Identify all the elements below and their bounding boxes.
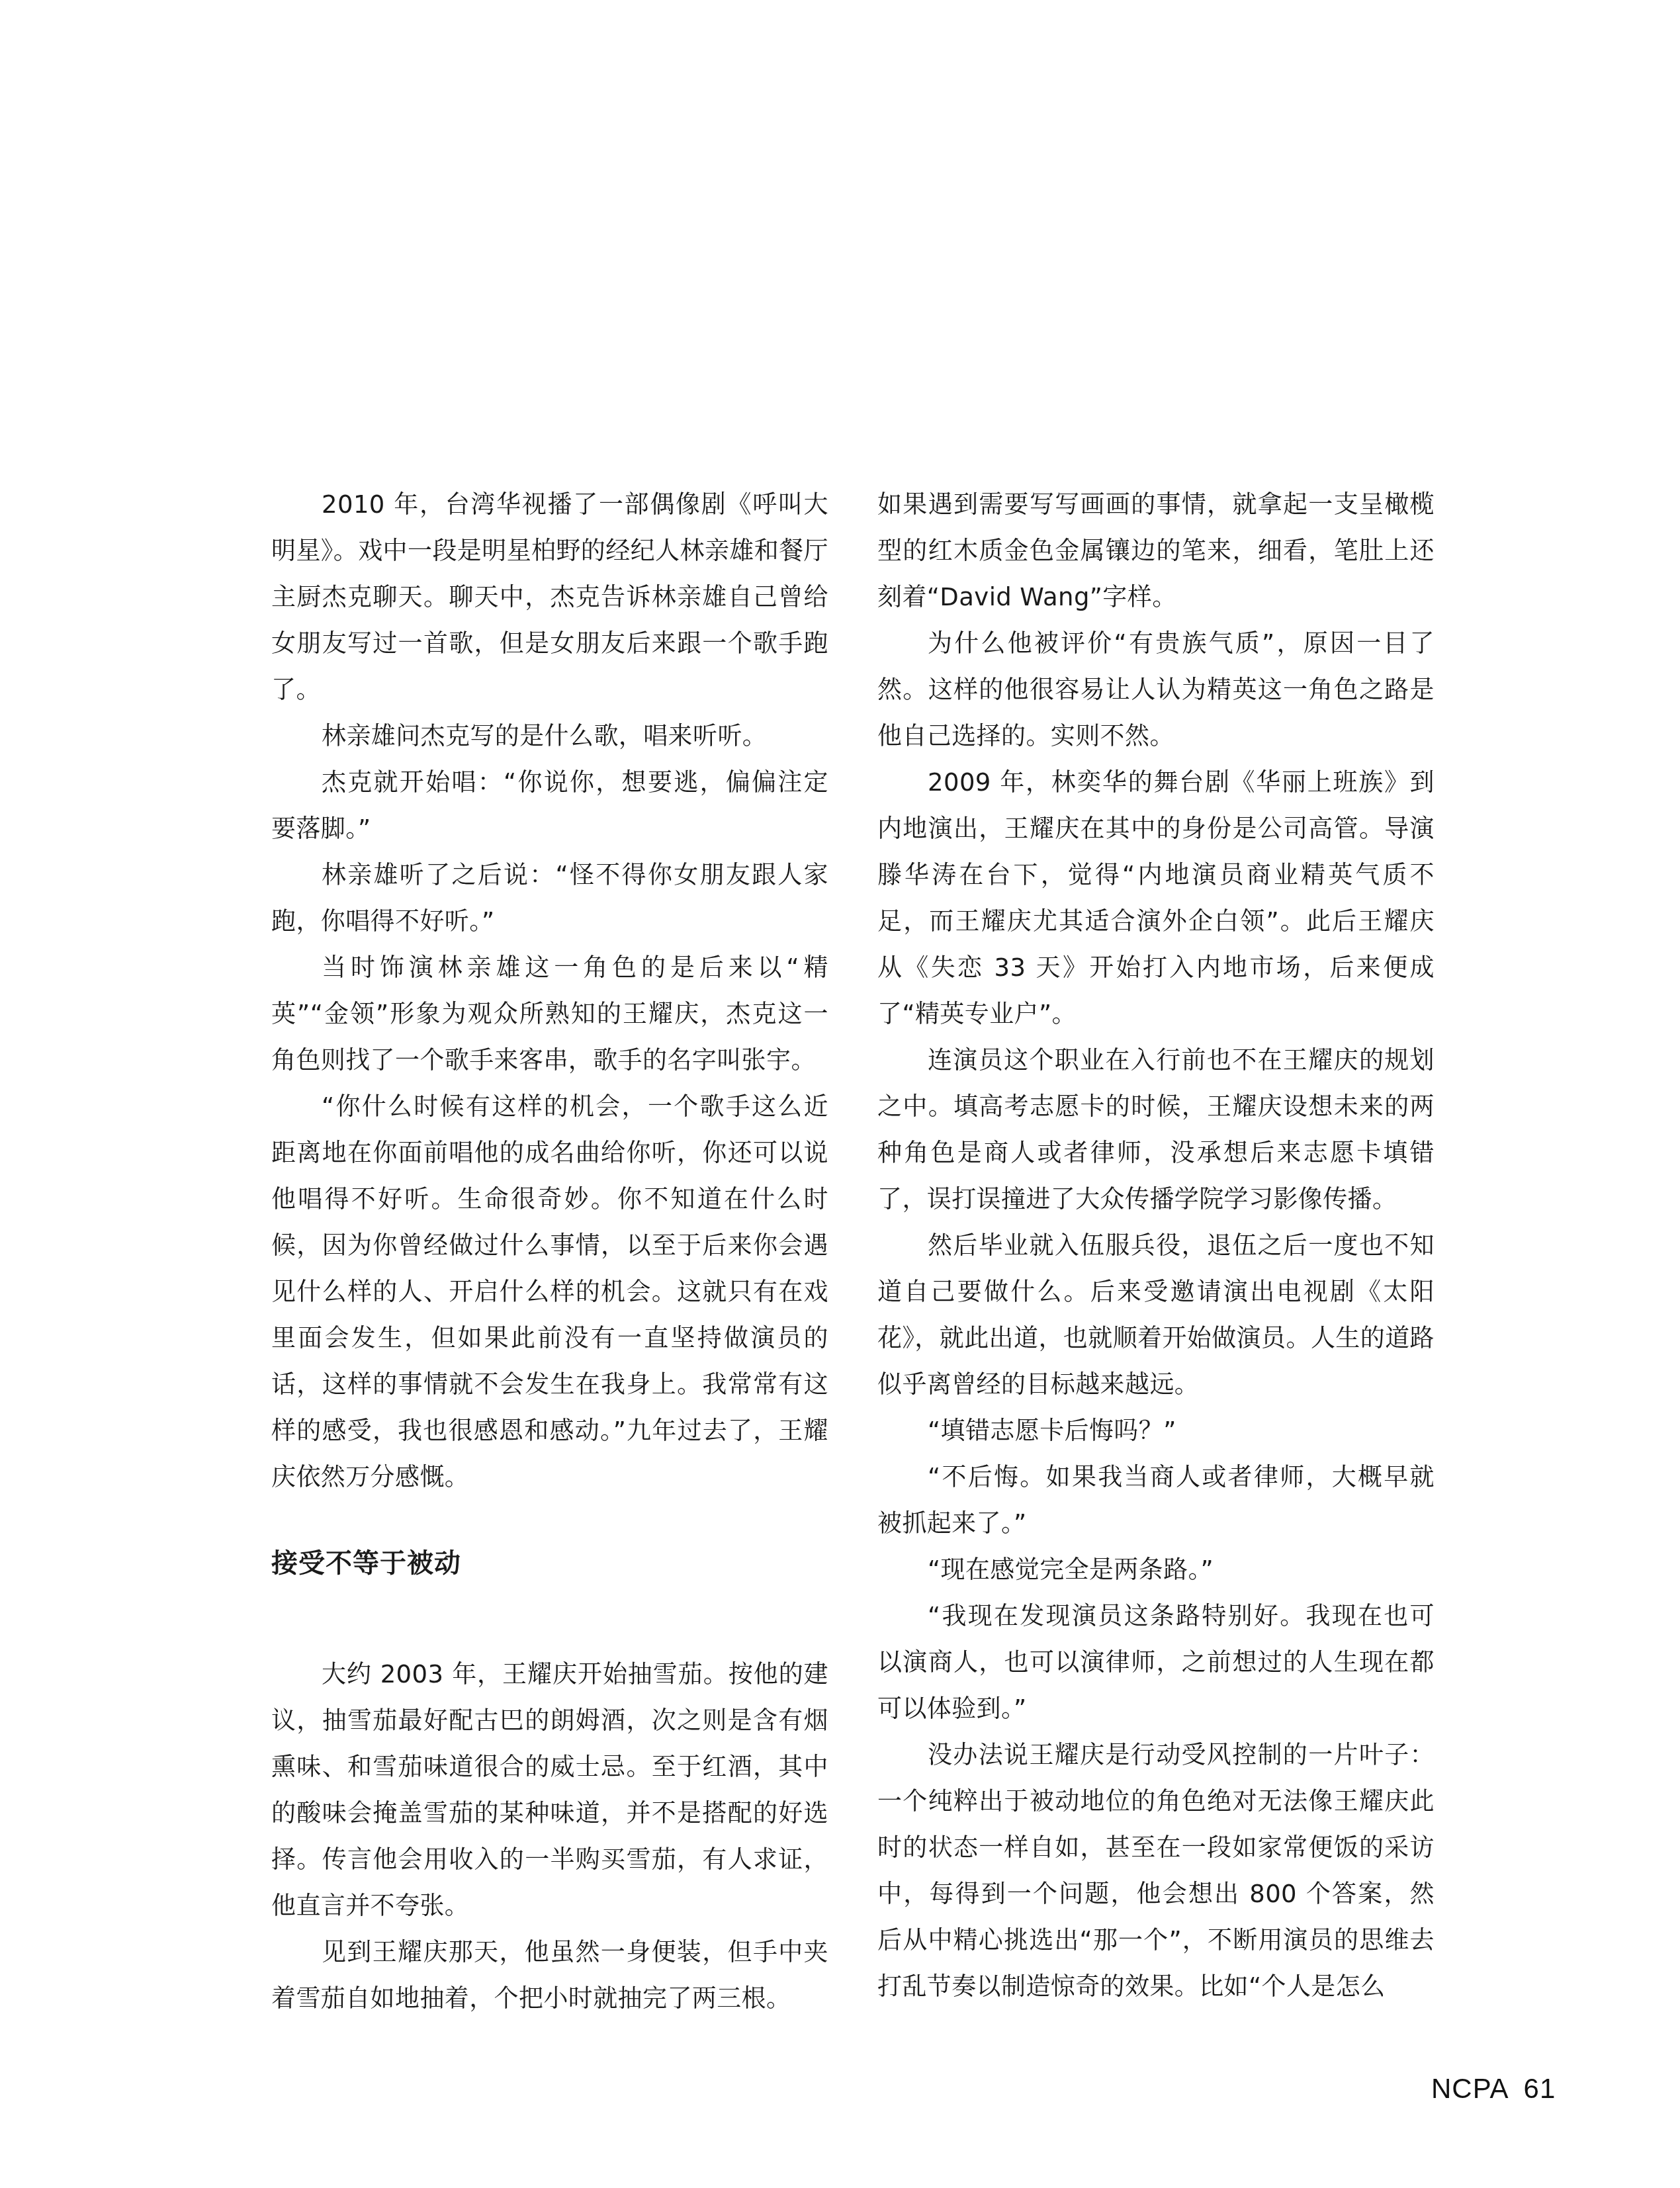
paragraph: 见到王耀庆那天，他虽然一身便装，但手中夹着雪茄自如地抽着，个把小时就抽完了两三根… bbox=[271, 1929, 828, 2022]
paragraph: 林亲雄听了之后说：“怪不得你女朋友跟人家跑，你唱得不好听。” bbox=[271, 852, 828, 945]
section-heading: 接受不等于被动 bbox=[271, 1540, 828, 1587]
paragraph: “不后悔。如果我当商人或者律师，大概早就被抓起来了。” bbox=[877, 1454, 1435, 1547]
page-footer: NCPA61 bbox=[1431, 2073, 1556, 2105]
paragraph: 2009 年，林奕华的舞台剧《华丽上班族》到内地演出，王耀庆在其中的身份是公司高… bbox=[877, 760, 1435, 1037]
page-number: 61 bbox=[1524, 2073, 1556, 2104]
publication-name: NCPA bbox=[1431, 2073, 1509, 2104]
left-column: 2010 年，台湾华视播了一部偶像剧《呼叫大明星》。戏中一段是明星柏野的经纪人林… bbox=[271, 482, 828, 2022]
paragraph: 连演员这个职业在入行前也不在王耀庆的规划之中。填高考志愿卡的时候，王耀庆设想未来… bbox=[877, 1037, 1435, 1223]
paragraph: “现在感觉完全是两条路。” bbox=[877, 1547, 1435, 1593]
paragraph: 没办法说王耀庆是行动受风控制的一片叶子：一个纯粹出于被动地位的角色绝对无法像王耀… bbox=[877, 1732, 1435, 2010]
paragraph: 大约 2003 年，王耀庆开始抽雪茄。按他的建议，抽雪茄最好配古巴的朗姆酒，次之… bbox=[271, 1651, 828, 1929]
paragraph: “我现在发现演员这条路特别好。我现在也可以演商人，也可以演律师，之前想过的人生现… bbox=[877, 1593, 1435, 1732]
paragraph: 林亲雄问杰克写的是什么歌，唱来听听。 bbox=[271, 713, 828, 760]
paragraph: 然后毕业就入伍服兵役，退伍之后一度也不知道自己要做什么。后来受邀请演出电视剧《太… bbox=[877, 1223, 1435, 1408]
paragraph: 当时饰演林亲雄这一角色的是后来以“精英”“金领”形象为观众所熟知的王耀庆，杰克这… bbox=[271, 945, 828, 1084]
continued-paragraph: 如果遇到需要写写画画的事情，就拿起一支呈橄榄型的红木质金色金属镶边的笔来，细看，… bbox=[877, 482, 1435, 621]
paragraph: “填错志愿卡后悔吗？” bbox=[877, 1408, 1435, 1454]
paragraph: 杰克就开始唱：“你说你，想要逃，偏偏注定要落脚。” bbox=[271, 760, 828, 852]
paragraph: 2010 年，台湾华视播了一部偶像剧《呼叫大明星》。戏中一段是明星柏野的经纪人林… bbox=[271, 482, 828, 713]
right-column: 如果遇到需要写写画画的事情，就拿起一支呈橄榄型的红木质金色金属镶边的笔来，细看，… bbox=[877, 482, 1435, 2010]
paragraph: “你什么时候有这样的机会，一个歌手这么近距离地在你面前唱他的成名曲给你听，你还可… bbox=[271, 1084, 828, 1501]
paragraph: 为什么他被评价“有贵族气质”，原因一目了然。这样的他很容易让人认为精英这一角色之… bbox=[877, 621, 1435, 760]
